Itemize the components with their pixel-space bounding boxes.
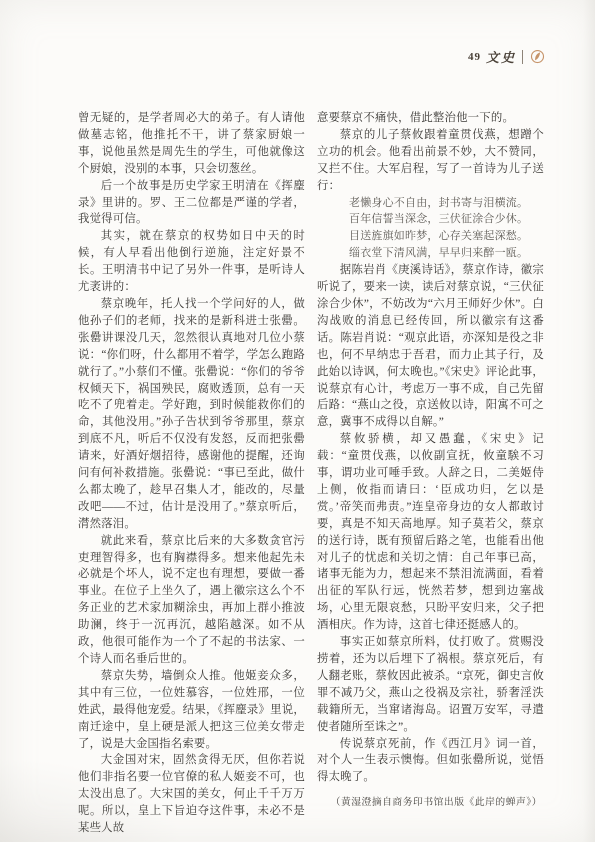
poem-line: 目送旌旗如昨梦，心存关塞起深愁。 bbox=[349, 228, 544, 245]
section-title: 文史 bbox=[486, 47, 516, 66]
text-paragraph: 蔡京失势，墙倒众人推。他姬妾众多，其中有三位，一位姓慕容，一位姓邢，一位姓武，最… bbox=[78, 668, 305, 753]
right-column: 意要蔡京不痛快，借此整治他一下的。 蔡京的儿子蔡攸跟着童贯伐燕，想蹭个立功的机会… bbox=[317, 110, 544, 837]
text-paragraph: 据陈岩肖《庚溪诗话》，蔡京作诗，徽宗听说了，要来一读，读后对蔡京说，“三伏征涂合… bbox=[317, 262, 544, 431]
page-number: 49 bbox=[468, 51, 481, 63]
poem-line: 老懒身心不自由，封书寄与泪横流。 bbox=[349, 195, 544, 212]
page-header: 49 文史 bbox=[468, 47, 545, 66]
magazine-page: 49 文史 曾无疑的，是学者周必大的弟子。有人请他做墓志铭，他推托不干，讲了蔡家… bbox=[0, 0, 595, 842]
text-paragraph: 意要蔡京不痛快，借此整治他一下的。 bbox=[317, 110, 544, 127]
poem-line: 缁衣堂下清风满，早早归来醉一瓯。 bbox=[349, 245, 544, 262]
farewell-poem: 老懒身心不自由，封书寄与泪横流。 百年信誓当深念，三伏征涂合少休。 目送旌旗如昨… bbox=[349, 195, 544, 263]
text-paragraph: 蔡京的儿子蔡攸跟着童贯伐燕，想蹭个立功的机会。他看出前景不妙，大不赞同，又拦不住… bbox=[317, 127, 544, 195]
text-paragraph: 后一个故事是历史学家王明清在《挥麈录》里讲的。罗、王二位都是严谨的学者，我觉得可… bbox=[78, 178, 305, 229]
text-paragraph: 其实，就在蔡京的权势如日中天的时候，有人早看出他倒行逆施，注定好景不长。王明清书… bbox=[78, 228, 305, 296]
text-paragraph: 大金国对宋，固然贪得无厌，但你若说他们非指名要一位官僚的私人姬妾不可，也太没出息… bbox=[78, 752, 305, 837]
text-paragraph: 蔡攸骄横，却又愚蠢，《宋史》记载：“童贯伐燕，以攸副宣抚，攸童騃不习事，谓功业可… bbox=[317, 431, 544, 634]
left-column: 曾无疑的，是学者周必大的弟子。有人请他做墓志铭，他推托不干，讲了蔡家厨娘一事，说… bbox=[78, 110, 305, 837]
header-divider bbox=[522, 50, 523, 64]
source-citation: （黄湿澄摘自商务印书馆出版《此岸的蝉声》） bbox=[317, 796, 542, 810]
article-body: 曾无疑的，是学者周必大的弟子。有人请他做墓志铭，他推托不干，讲了蔡家厨娘一事，说… bbox=[78, 110, 544, 837]
text-paragraph: 曾无疑的，是学者周必大的弟子。有人请他做墓志铭，他推托不干，讲了蔡家厨娘一事，说… bbox=[78, 110, 305, 178]
text-paragraph: 蔡京晚年，托人找一个学问好的人，做他孙子们的老师，找来的是新科进士张罍。张罍讲课… bbox=[78, 296, 305, 533]
text-paragraph: 就此来看，蔡京比后来的大多数贪官污吏理智得多，也有胸襟得多。想来他起先未必就是个… bbox=[78, 533, 305, 668]
poem-line: 百年信誓当深念，三伏征涂合少休。 bbox=[349, 211, 544, 228]
text-paragraph: 传说蔡京死前，作《西江月》词一首，对个人一生表示懊悔。但如张罍所说，觉悟得太晚了… bbox=[317, 736, 544, 787]
ink-leaf-icon bbox=[530, 49, 545, 64]
text-paragraph: 事实正如蔡京所料，仗打败了。赏赐没捞着，还为以后埋下了祸根。蔡京死后，有人翻老账… bbox=[317, 634, 544, 735]
